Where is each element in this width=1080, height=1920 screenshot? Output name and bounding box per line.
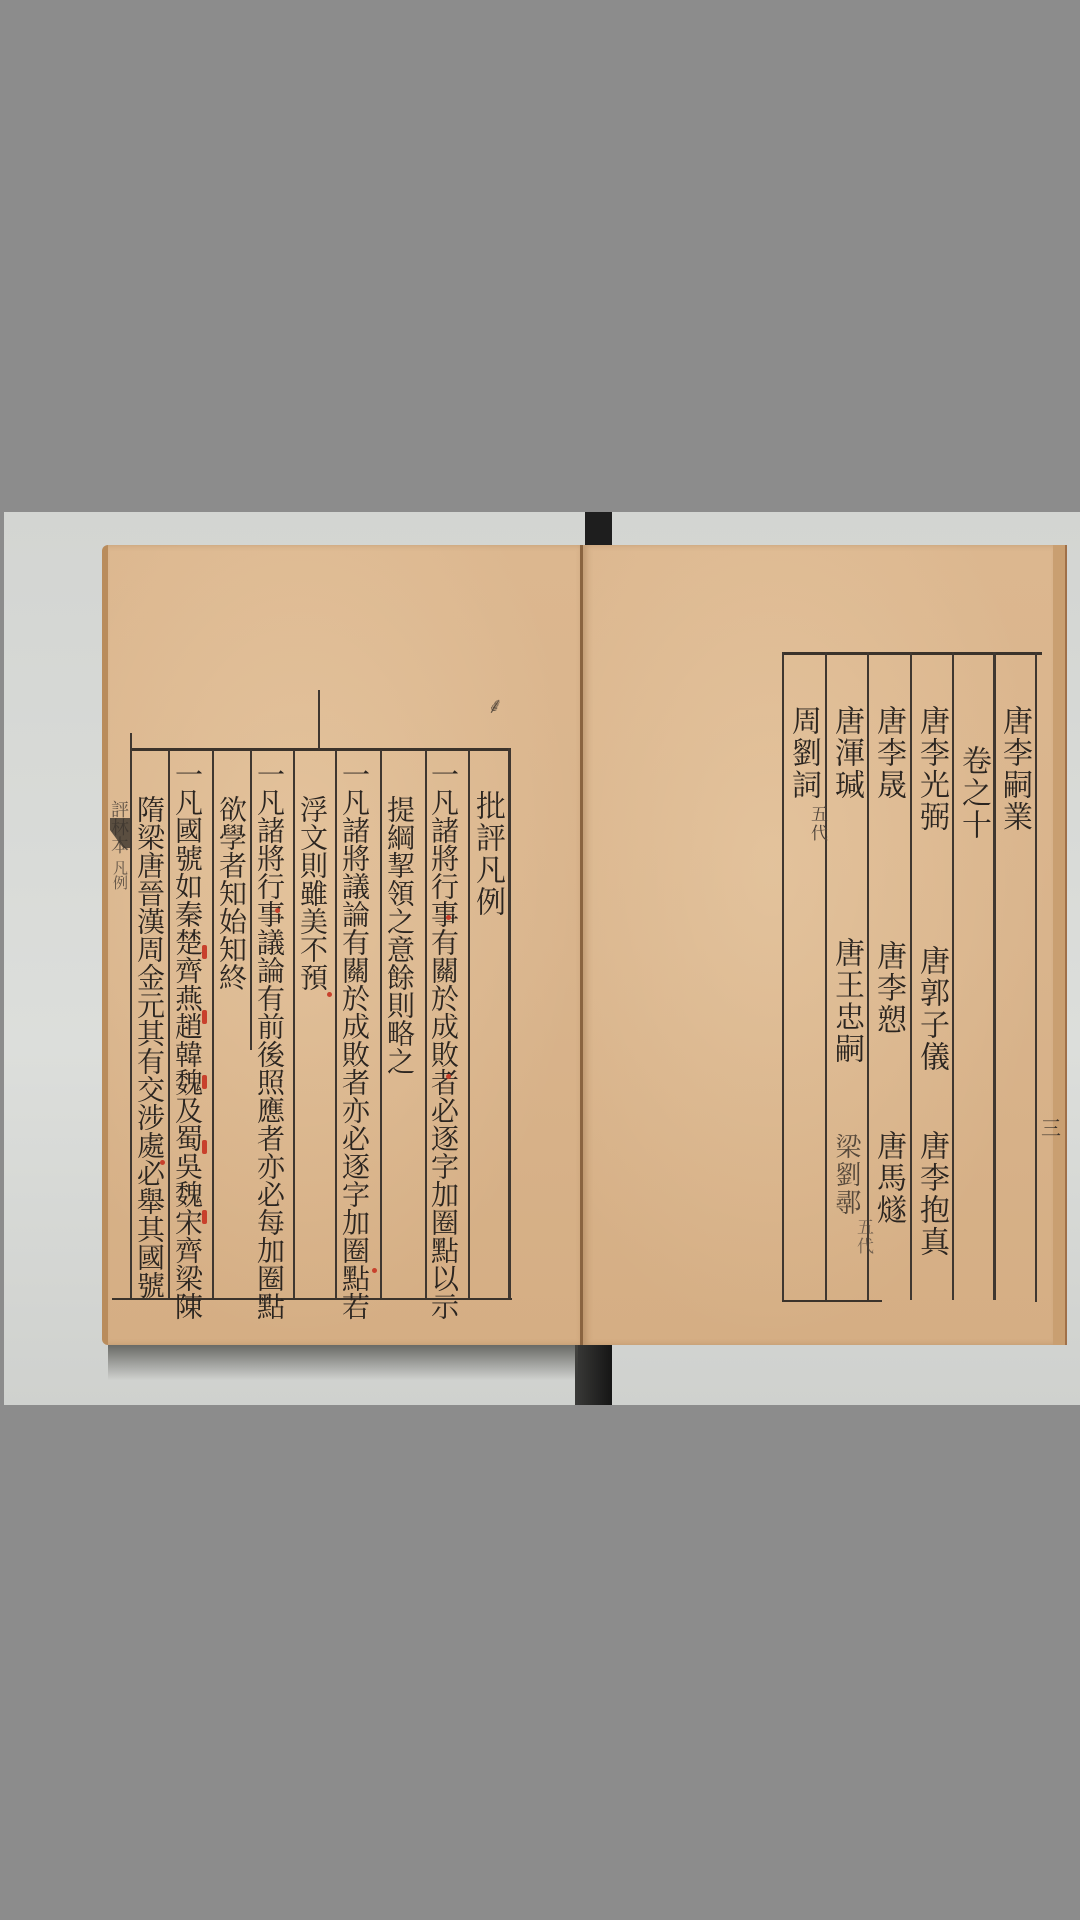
right-column-5-bottom: 梁劉鄩 <box>829 1133 863 1217</box>
volume-label: 卷之十 <box>956 745 990 841</box>
left-col-rule <box>335 750 337 1298</box>
left-heading: 批評凡例 <box>470 790 504 918</box>
right-column-6-top: 周劉詞 <box>786 705 820 801</box>
right-frame-bottom-rule <box>782 1300 882 1302</box>
left-header-divider <box>318 690 320 750</box>
left-frame-top-rule <box>130 748 510 751</box>
red-annotation-mark <box>372 1268 377 1273</box>
right-frame-top-rule <box>782 652 1042 655</box>
spine-gap-top <box>585 512 612 548</box>
left-text-column-4: 浮文則雖美不預 <box>297 795 327 991</box>
left-text-column-6: 欲學者知始知終 <box>216 795 246 991</box>
right-column-5-note: 五代 <box>846 1218 880 1256</box>
left-col-rule <box>380 750 382 1298</box>
right-column-6-note: 五代 <box>800 805 834 843</box>
left-text-column-1: 一凡諸將行事有關於成敗者必逐字加圈點以示 <box>428 760 458 1320</box>
torn-edge-mark: ⸙ <box>487 690 504 720</box>
red-annotation-mark <box>202 1140 207 1154</box>
left-col-rule <box>212 750 214 1298</box>
page-number: 三 <box>1041 1112 1061 1141</box>
right-column-5-mid: 唐王忠嗣 <box>829 937 863 1065</box>
right-col-rule <box>952 652 954 1300</box>
left-frame-right-rule <box>508 748 511 1298</box>
right-frame-right-rule <box>1035 652 1037 1302</box>
right-column-3-top: 唐李光弼 <box>914 705 948 833</box>
left-margin-subtitle: 凡例 <box>110 860 130 890</box>
right-col-rule <box>867 652 869 1300</box>
right-column-3-bottom: 唐李抱真 <box>914 1130 948 1258</box>
right-column-4-bottom: 唐馬燧 <box>871 1130 905 1226</box>
right-column-5-top: 唐渾瑊 <box>829 705 863 801</box>
red-annotation-mark <box>275 908 280 913</box>
left-text-column-8: 隋梁唐晉漢周金元其有交涉處必舉其國號 <box>134 795 164 1299</box>
right-col-rule <box>910 652 912 1300</box>
right-col-rule <box>993 652 996 1300</box>
red-annotation-mark <box>202 1010 207 1024</box>
right-column-1-top: 唐李嗣業 <box>997 705 1031 833</box>
right-frame-left-rule <box>782 652 784 1302</box>
left-text-column-5: 一凡諸將行事議論有前後照應者亦必每加圈點 <box>254 760 284 1320</box>
right-col-rule <box>825 652 827 1300</box>
right-column-4-top: 唐李晟 <box>871 705 905 801</box>
left-text-column-2: 提綱挈領之意餘則略之 <box>384 795 414 1075</box>
left-col-rule <box>250 750 252 1050</box>
red-annotation-mark <box>202 1075 207 1089</box>
right-column-4-mid: 唐李愬 <box>871 940 905 1036</box>
left-col-rule <box>168 750 170 1298</box>
red-annotation-mark <box>202 1210 207 1224</box>
red-annotation-mark <box>202 945 207 959</box>
spine-gap-bottom <box>575 1345 612 1405</box>
left-frame-left-rule <box>130 733 132 1298</box>
red-annotation-mark <box>446 915 451 920</box>
book-shadow <box>108 1345 578 1380</box>
left-text-column-7: 一凡國號如秦楚齊燕趙韓魏及蜀吳魏宋齊梁陳 <box>172 760 202 1320</box>
red-annotation-mark <box>446 1074 451 1079</box>
red-annotation-mark <box>160 1160 165 1165</box>
right-column-3-mid: 唐郭子儀 <box>914 945 948 1073</box>
red-annotation-mark <box>327 992 332 997</box>
left-col-rule <box>293 750 295 1298</box>
left-text-column-3: 一凡諸將議論有關於成敗者亦必逐字加圈點若 <box>339 760 369 1320</box>
